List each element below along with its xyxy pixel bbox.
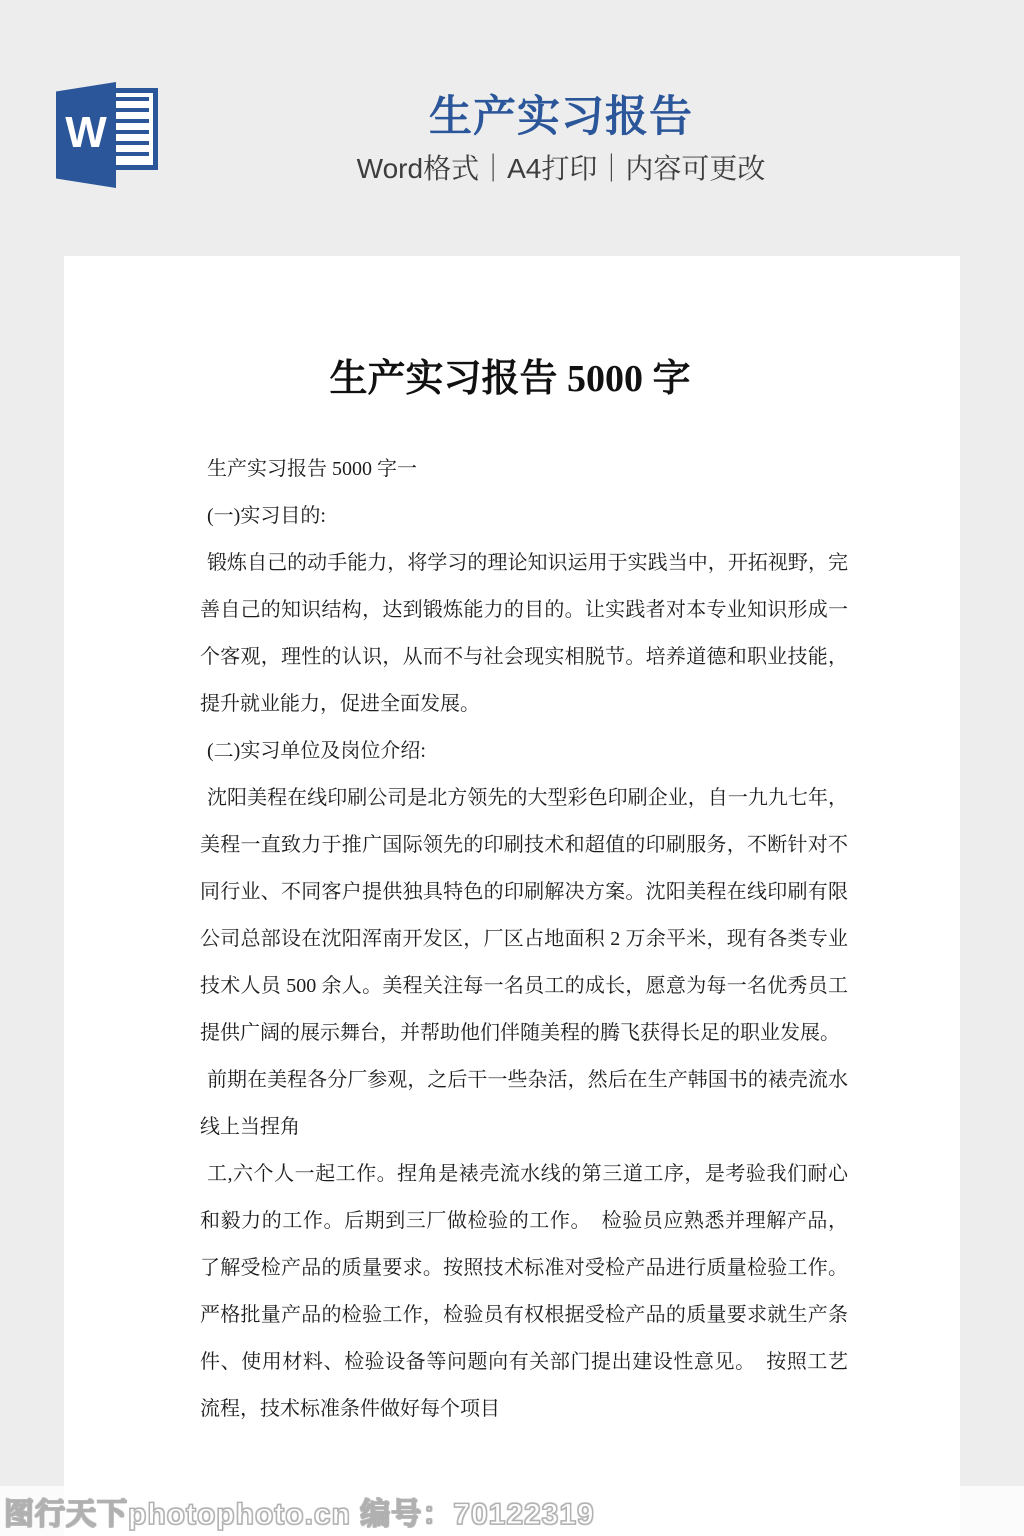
paragraph: 沈阳美程在线印刷公司是北方领先的大型彩色印刷企业，自一九九七年，美程一直致力于推… [200,775,848,1057]
word-icon-cover: W [56,82,116,188]
paragraph: (二)实习单位及岗位介绍: [200,728,848,775]
paragraph: 锻炼自己的动手能力，将学习的理论知识运用于实践当中，开拓视野，完善自己的知识结构… [200,540,848,728]
word-icon: W [56,82,160,188]
header-text-block: 生产实习报告 Word格式｜A4打印｜内容可更改 [357,96,766,185]
page-title: 生产实习报告 [357,96,766,139]
page-subtitle: Word格式｜A4打印｜内容可更改 [357,154,766,185]
paragraph: 前期在美程各分厂参观，之后干一些杂活，然后在生产韩国书的裱壳流水线上当捏角 [200,1057,848,1151]
watermark-text: 图行天下photophoto.cn 编号：70122319 [0,1489,595,1533]
header: W 生产实习报告 Word格式｜A4打印｜内容可更改 [0,0,1024,256]
word-icon-sheet-lines [115,97,149,161]
document-body: 生产实习报告 5000 字一 (一)实习目的: 锻炼自己的动手能力，将学习的理论… [200,446,848,1433]
document-page: 生产实习报告 5000 字 生产实习报告 5000 字一 (一)实习目的: 锻炼… [64,256,960,1536]
paragraph: (一)实习目的: [200,493,848,540]
word-icon-letter: W [65,111,107,155]
paragraph: 生产实习报告 5000 字一 [200,446,848,493]
document-title: 生产实习报告 5000 字 [186,358,834,402]
watermark-bar: 图行天下photophoto.cn 编号：70122319 [0,1486,1024,1536]
paragraph: 工,六个人一起工作。捏角是裱壳流水线的第三道工序，是考验我们耐心和毅力的工作。后… [200,1151,848,1433]
